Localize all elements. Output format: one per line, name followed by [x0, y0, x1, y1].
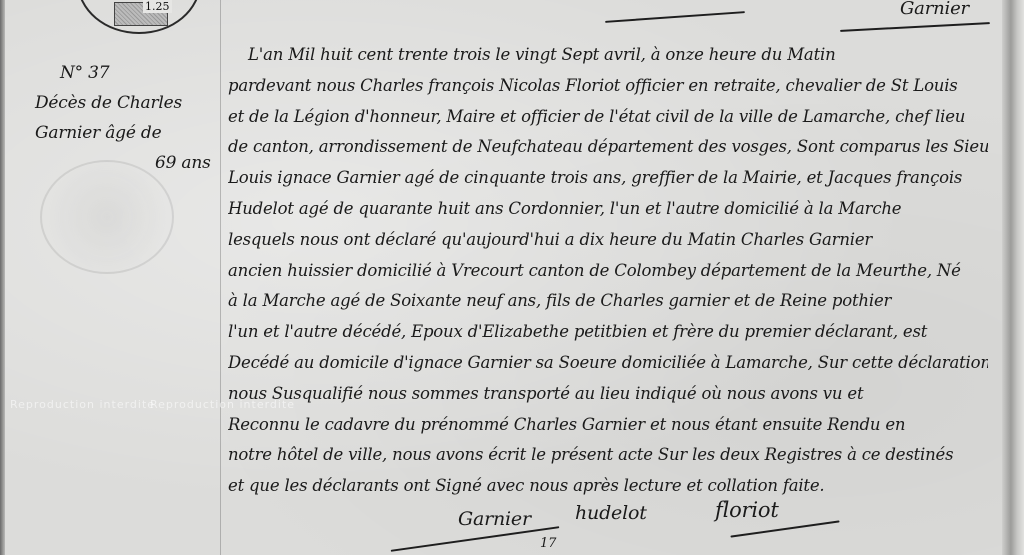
body-line: Hudelot agé de quarante huit ans Cordonn… — [228, 194, 988, 225]
margin-line: Garnier âgé de — [35, 118, 215, 148]
stamp-value: 1.25 — [143, 0, 172, 13]
body-line: de canton, arrondissement de Neufchateau… — [228, 132, 988, 163]
signature-flourish — [605, 11, 745, 23]
page-binding-edge — [0, 0, 5, 555]
body-line: pardevant nous Charles françois Nicolas … — [228, 71, 988, 102]
signature-flourish — [391, 526, 560, 552]
body-line: lesquels nous ont déclaré qu'aujourd'hui… — [228, 225, 988, 256]
body-line: l'un et l'autre décédé, Epoux d'Elizabet… — [228, 317, 988, 348]
signature-floriot: floriot — [715, 498, 779, 522]
body-line: Decédé au domicile d'ignace Garnier sa S… — [228, 348, 988, 379]
signature-hudelot: hudelot — [575, 502, 647, 524]
body-line: Reconnu le cadavre du prénommé Charles G… — [228, 410, 988, 441]
body-line: et que les déclarants ont Signé avec nou… — [228, 471, 988, 502]
margin-line: 69 ans — [35, 148, 215, 178]
body-line: Louis ignace Garnier agé de cinquante tr… — [228, 163, 988, 194]
folio-number: 17 — [540, 536, 556, 551]
act-body: L'an Mil huit cent trente trois le vingt… — [228, 40, 988, 502]
watermark: Reproduction interdite — [10, 398, 155, 411]
act-number: N° 37 — [35, 58, 215, 88]
top-signature: Garnier — [900, 0, 969, 19]
tax-stamp: 1.25 — [77, 0, 201, 34]
signature-flourish — [840, 22, 990, 32]
body-line: ancien huissier domicilié à Vrecourt can… — [228, 256, 988, 287]
body-line: et de la Légion d'honneur, Maire et offi… — [228, 102, 988, 133]
body-line: notre hôtel de ville, nous avons écrit l… — [228, 440, 988, 471]
document-page: 1.25 Reproduction interdite Reproduction… — [0, 0, 1024, 555]
page-right-edge — [1002, 0, 1024, 555]
margin-line: Décès de Charles — [35, 88, 215, 118]
signature-garnier: Garnier — [458, 508, 531, 530]
body-line: à la Marche agé de Soixante neuf ans, fi… — [228, 286, 988, 317]
body-line: L'an Mil huit cent trente trois le vingt… — [228, 40, 988, 71]
margin-note: N° 37 Décès de Charles Garnier âgé de 69… — [35, 58, 215, 178]
signature-flourish — [730, 520, 839, 537]
body-line: nous Susqualifié nous sommes transporté … — [228, 379, 988, 410]
margin-rule — [220, 0, 221, 555]
